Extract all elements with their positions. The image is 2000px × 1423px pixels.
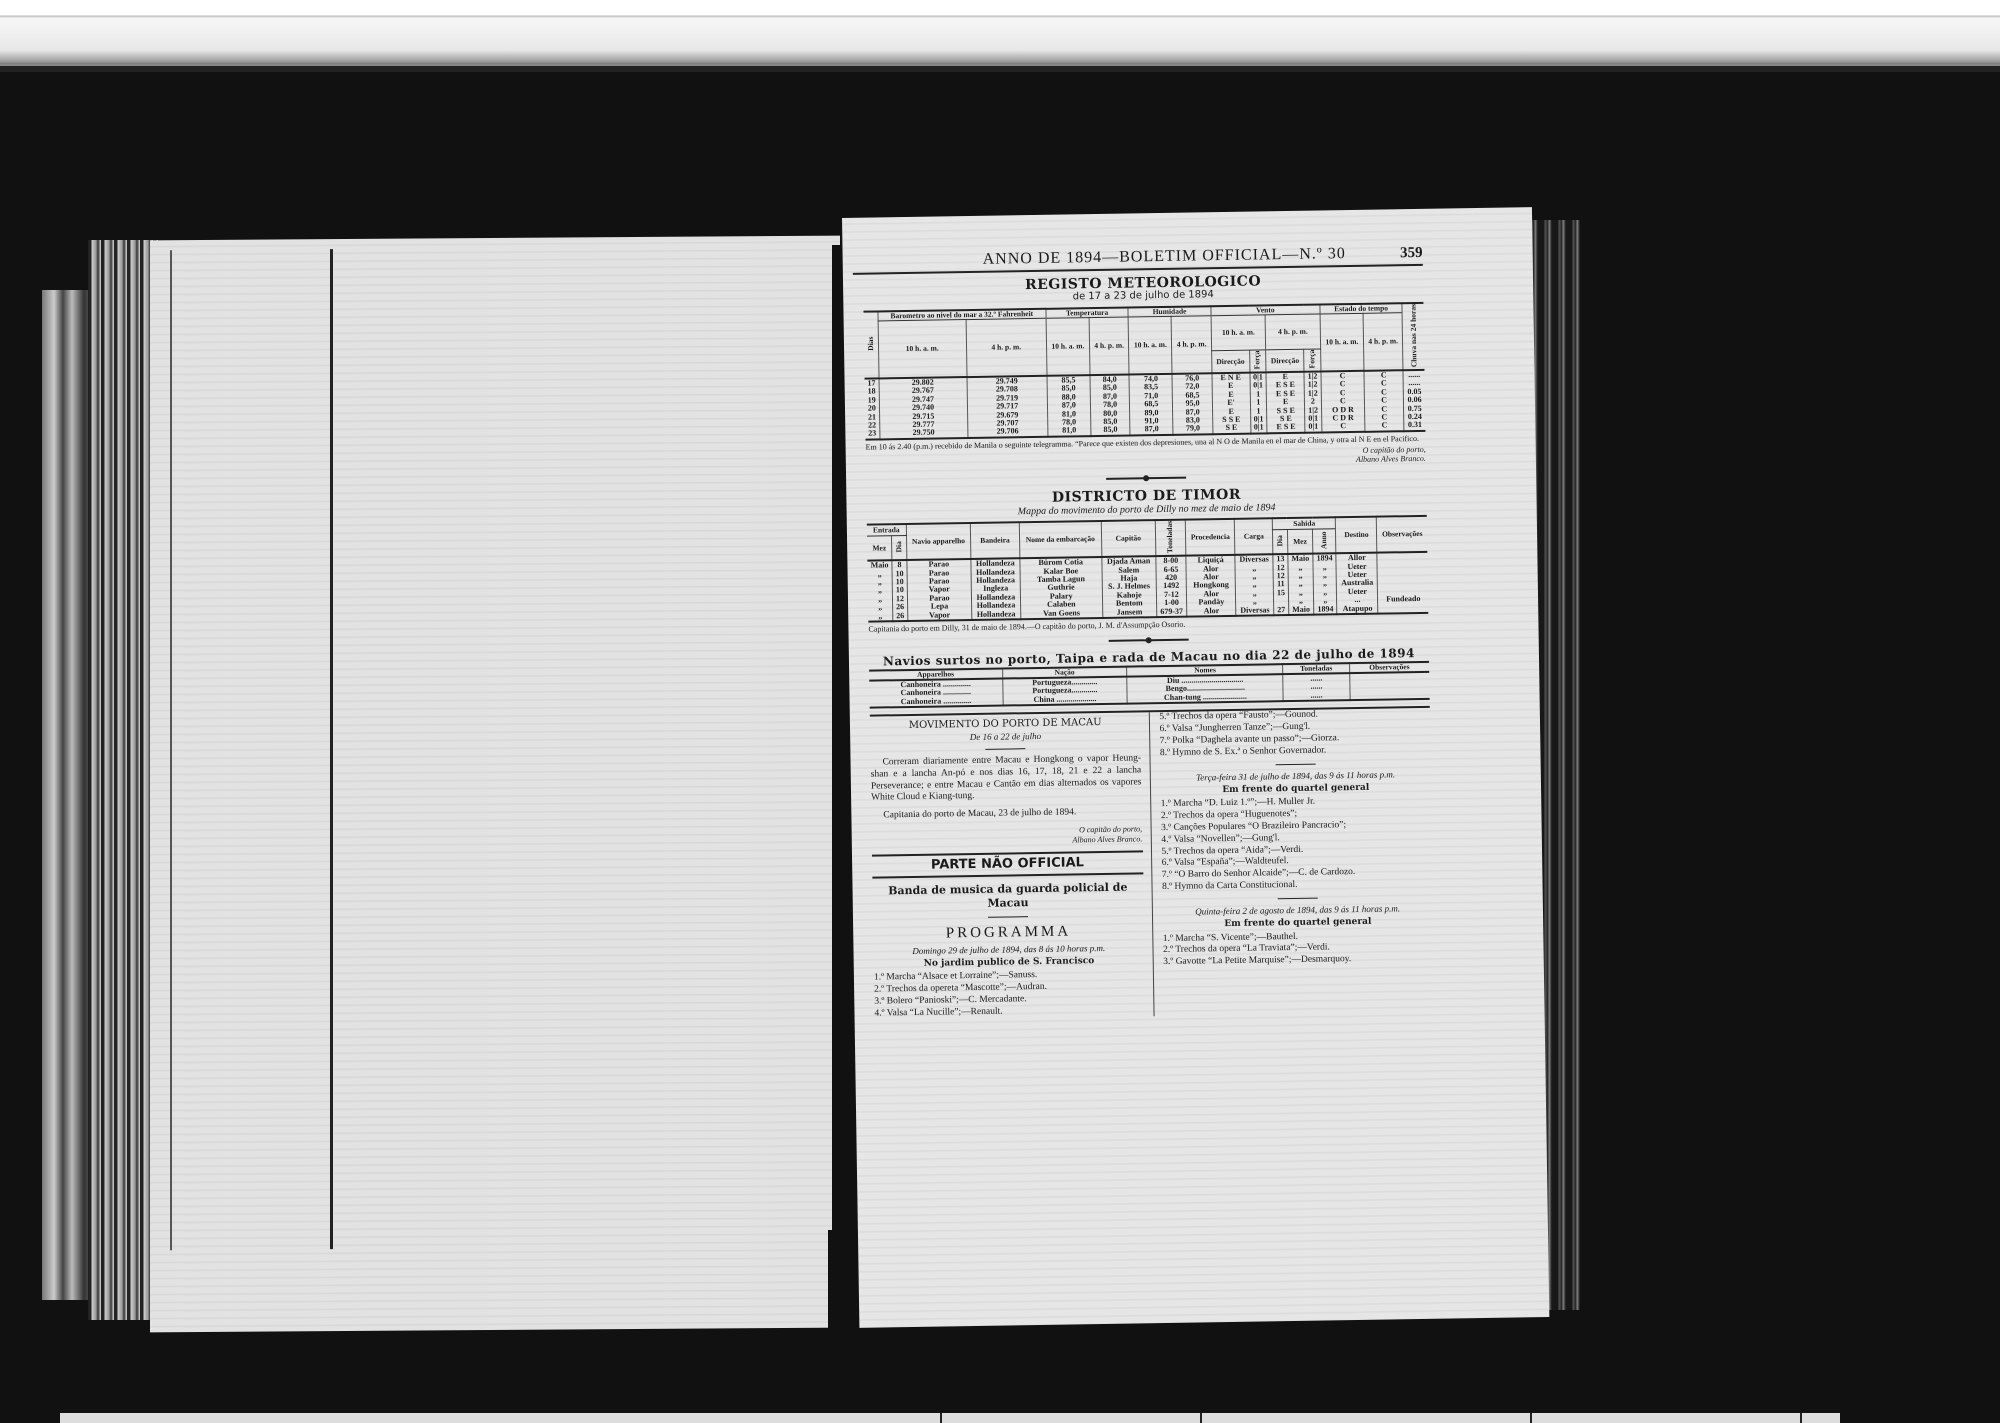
col-temp-4: 4 h. p. m.	[1089, 317, 1129, 375]
ornament-divider	[1106, 477, 1186, 480]
col-capitao: Capitão	[1101, 520, 1155, 557]
short-rule	[986, 748, 1026, 750]
col-entrada-mez: Mez	[867, 536, 892, 561]
cell-proc: Alor	[1187, 606, 1236, 616]
cell-smez: Maio	[1288, 605, 1313, 615]
book-gutter-bottom	[828, 1230, 846, 1340]
col-forca-4: Força	[1308, 350, 1316, 369]
book-gutter	[832, 245, 844, 1245]
col-carga: Carga	[1234, 518, 1273, 555]
col-sahida-dia: Dia	[1276, 535, 1284, 546]
cell-mez: „	[868, 612, 893, 622]
col-bar-10: 10 h. a. m.	[878, 319, 967, 378]
timor-table: Entrada Navio apparelho Bandeira Nome da…	[867, 515, 1428, 623]
ornament-divider-2	[1109, 639, 1189, 642]
col-entrada: Entrada	[867, 524, 906, 536]
movimento-paragraph: Correram diariamente entre Macau e Hongk…	[870, 753, 1141, 805]
col-estado-4: 4 h. p. m.	[1363, 313, 1403, 371]
col-sahida-anno: Anno	[1320, 531, 1328, 549]
cell-t10: 81,0	[1048, 426, 1091, 436]
col-observacoes: Observações	[1377, 516, 1428, 553]
col-procedencia: Procedencia	[1186, 519, 1235, 556]
cell-e10: C	[1322, 422, 1365, 432]
cell-vd4: E S E	[1267, 423, 1305, 433]
right-page: ANNO DE 1894—BOLETIM OFFICIAL—N.º 30 359…	[842, 207, 1549, 1328]
banda-heading: Banda de musica da guarda policial de Ma…	[872, 881, 1143, 913]
cell-vf10: 0|1	[1250, 424, 1267, 434]
col-chuva: Chuva nas 24 horas	[1409, 304, 1418, 367]
right-column: 5.º Trechos da opera “Fausto”;—Gounod. 6…	[1148, 708, 1434, 1016]
page-stack-left	[88, 240, 158, 1320]
col-bar-4: 4 h. p. m.	[966, 318, 1047, 377]
header-title: ANNO DE 1894—BOLETIM OFFICIAL—N.º 30	[983, 246, 1346, 268]
cell-obs	[1350, 689, 1430, 700]
cell-sdia: 15	[1274, 589, 1289, 598]
cell-vf4: 0|1	[1305, 423, 1322, 433]
col-estado-10: 10 h. a. m.	[1320, 313, 1364, 371]
cell-h4: 79,0	[1173, 425, 1212, 435]
col-direccao-4: Direcção	[1266, 350, 1304, 373]
cell-dia: 23	[865, 430, 879, 440]
short-rule-2	[988, 916, 1028, 918]
col-temp-10: 10 h. a. m.	[1046, 317, 1090, 375]
col-destino: Destino	[1336, 517, 1378, 554]
page-content: ANNO DE 1894—BOLETIM OFFICIAL—N.º 30 359…	[863, 245, 1435, 1020]
col-forca-10: Força	[1254, 351, 1262, 370]
col-hum-10: 10 h. a. m.	[1128, 316, 1172, 374]
cell-apparelho: Canhoneira ..............	[870, 696, 1003, 707]
col-navio: Navio apparelho	[906, 523, 971, 560]
col-hum-4: 4 h. p. m.	[1172, 316, 1212, 374]
navios-table: ApparelhosNaçãoNomesToneladasObservações…	[869, 661, 1430, 709]
scanner-top-edge	[0, 0, 2000, 64]
two-column-section: MOVIMENTO DO PORTO DE MACAU De 16 a 22 d…	[870, 706, 1435, 1020]
cell-bar10: 29.750	[880, 428, 968, 439]
running-header: ANNO DE 1894—BOLETIM OFFICIAL—N.º 30 359	[853, 245, 1423, 275]
cell-nome: Van Goens	[1020, 609, 1102, 620]
col-toneladas: Toneladas	[1166, 521, 1174, 553]
cell-navio: Vapor	[907, 611, 972, 621]
cell-carga: Diversas	[1236, 606, 1274, 616]
parte-nao-official-heading: PARTE NÃO OFFICIAL	[872, 850, 1143, 878]
cell-bandeira: Hollandeza	[972, 610, 1021, 620]
movimento-date: Capitania do porto de Macau, 23 de julho…	[871, 807, 1142, 823]
col-nome: Nome da embarcação	[1019, 521, 1102, 558]
col-entrada-dia: Dia	[895, 541, 903, 552]
cell-ton: 679-37	[1156, 607, 1187, 617]
page-number: 359	[1400, 246, 1423, 262]
short-rule-4	[1277, 898, 1317, 900]
cell-obs	[1378, 603, 1428, 613]
cell-capitao: Jansem	[1103, 608, 1157, 618]
col-sahida-mez: Mez	[1287, 529, 1313, 554]
col-vento-4: 4 h. p. m.	[1265, 314, 1320, 350]
short-rule-3	[1275, 763, 1315, 765]
cell-h10: 87,0	[1130, 425, 1173, 435]
left-page-blank	[150, 236, 840, 1333]
cell-chuva: 0.31	[1404, 421, 1425, 431]
cell-dia: 26	[893, 612, 908, 622]
left-column: MOVIMENTO DO PORTO DE MACAU De 16 a 22 d…	[870, 712, 1145, 1020]
col-direccao-10: Direcção	[1211, 351, 1249, 374]
cell-t4: 85,0	[1091, 426, 1130, 436]
cell-bar4: 29.706	[967, 427, 1047, 438]
scanner-bottom-edge	[60, 1413, 1840, 1423]
cell-destino: Atapupo	[1337, 604, 1378, 614]
margin-rule	[170, 250, 172, 1250]
programma-heading: PROGRAMMA	[873, 921, 1144, 944]
cell-nome: Chan-tung ......................	[1127, 692, 1283, 704]
cell-nacao: China ....................	[1003, 694, 1128, 705]
cell-vd10: S E	[1213, 424, 1251, 434]
margin-rule-dark	[330, 249, 333, 1249]
cell-anno: 1894	[1314, 605, 1337, 615]
col-vento-10: 10 h. a. m.	[1211, 315, 1266, 351]
col-bandeira: Bandeira	[970, 522, 1019, 559]
cell-sdia: 27	[1274, 606, 1289, 616]
meteo-table: Dias Barometro ao nivel do mar a 32.º Fa…	[863, 302, 1425, 441]
cell-ton: ......	[1283, 691, 1349, 701]
col-dias: Dias	[867, 337, 875, 351]
cell-e4: C	[1365, 422, 1404, 432]
